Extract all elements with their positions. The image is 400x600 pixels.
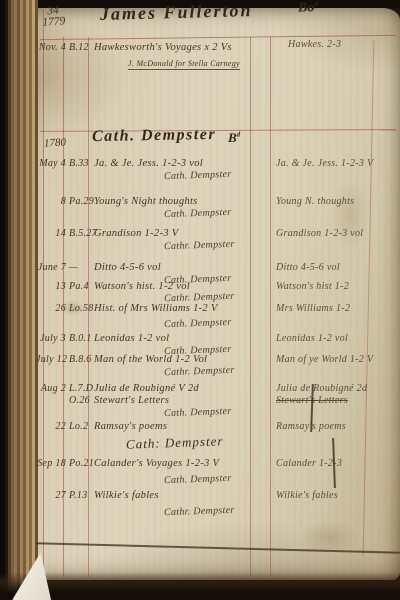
borrowed-abbr-text: B	[228, 130, 237, 145]
entry-returned-title: Young N. thoughts	[276, 196, 354, 207]
entry-returned-title: Watson's hist 1-2	[276, 281, 349, 292]
borrower-heading-fullerton: James Fullerton	[100, 0, 253, 25]
entry-shelfmark: Pa.29	[69, 196, 94, 207]
book-binding-edge	[0, 0, 38, 600]
entry-title: Stewart's Letters	[94, 395, 169, 406]
entry-shelfmark: B.33	[69, 158, 89, 169]
entry-shelfmark: Pa.4	[69, 281, 89, 292]
entry-returned-title: Ditto 4-5-6 vol	[276, 262, 340, 273]
entry-date: 26	[36, 303, 66, 314]
ruled-line-vertical	[250, 37, 251, 577]
entry-shelfmark: B.12	[69, 42, 89, 53]
entry-shelfmark: B.8.6	[69, 354, 92, 365]
entry-date: Aug 2	[36, 383, 66, 394]
entry-returned-title: Mrs Williams 1-2	[276, 303, 350, 314]
entry-date: July 3	[36, 333, 66, 344]
entry-signature: Cath. Dempster	[164, 207, 232, 220]
section-year: 1780	[44, 136, 67, 149]
ledger-page-year: 1779	[42, 16, 66, 29]
entry-title: Julia de Roubigné V 2d	[94, 383, 199, 394]
borrowed-abbreviation: Bod	[298, 0, 318, 17]
entry-title: Ditto 4-5-6 vol	[94, 262, 161, 273]
entry-date: July 12	[36, 354, 66, 365]
entry-title: Calander's Voyages 1-2-3 V	[94, 458, 219, 469]
entry-shelfmark: L.7.D	[69, 383, 93, 394]
entry-signature: Cath. Dempster	[164, 406, 232, 419]
entry-shelfmark: P.13	[69, 490, 88, 501]
borrower-heading-dempster: Cath. Dempster	[92, 126, 216, 146]
entry-returned-title: Man of ye World 1-2 V	[276, 354, 373, 365]
entry-signature: Cath. Dempster	[164, 473, 232, 486]
entry-title: Watson's hist. 1-2 vol	[94, 281, 190, 292]
entry-shelfmark: —	[69, 262, 78, 273]
page-number: 34 1779	[41, 5, 65, 29]
entry-shelfmark: O.26	[69, 395, 90, 406]
entry-title: Ja. & Je. Jess. 1-2-3 vol	[94, 158, 203, 169]
entry-date: 22	[36, 421, 66, 432]
entry-title: Ramsay's poems	[94, 421, 167, 432]
entry-returned-title: Leonidas 1-2 vol	[276, 333, 348, 344]
entry-date: 8	[36, 196, 66, 207]
entry-title: Hawkesworth's Voyages x 2 Vs	[94, 42, 232, 53]
entry-date: 13	[36, 281, 66, 292]
entry-returned-title: Ja. & Je. Jess. 1-2-3 V	[276, 158, 373, 169]
book-bottom-edge	[0, 572, 400, 600]
entry-date: Nov. 4	[36, 42, 66, 53]
entry-date: May 4	[36, 158, 66, 169]
borrowed-abbr-text: Bo	[298, 1, 314, 16]
entry-date: June 7	[36, 262, 66, 273]
entry-signature: Cath. Dempster	[164, 169, 232, 182]
entry-title: Man of the World 1-2 Vol	[94, 354, 207, 365]
entry-proxy-note: J. McDonald for Stella Carnegy	[128, 59, 240, 70]
entry-title: Leonidas 1-2 vol	[94, 333, 169, 344]
entry-signature: Cath. Dempster	[164, 317, 232, 330]
entry-returned-title: Grandison 1-2-3 vol	[276, 228, 363, 239]
borrowed-abbreviation: Bd	[228, 130, 240, 146]
entry-shelfmark: B.0.1	[69, 333, 92, 344]
entry-title: Wilkie's fables	[94, 490, 159, 501]
entry-returned-title: Wilkie's fables	[276, 490, 338, 501]
entry-shelfmark: Po.21	[69, 458, 94, 469]
borrowed-abbr-superscript: d	[314, 0, 318, 8]
entry-date: Sep 18	[36, 458, 66, 469]
entry-date: 27	[36, 490, 66, 501]
entry-returned-title: Julia de Roubigné 2d	[276, 383, 367, 394]
entry-shelfmark: Lo.2	[69, 421, 88, 432]
entry-title: Young's Night thoughts	[94, 196, 198, 207]
entry-title: Grandison 1-2-3 V	[94, 228, 178, 239]
entry-shelfmark: Lo.58	[69, 303, 94, 314]
entry-title: Hist. of Mrs Williams 1-2 V	[94, 303, 218, 314]
entry-shelfmark: B.5.27	[69, 228, 97, 239]
entry-returned-title: Hawkes. 2-3	[288, 39, 341, 50]
ruled-line-vertical	[270, 37, 271, 577]
ledger-photo: { "page_number": "34", "page_year": "177…	[0, 0, 400, 600]
entry-date: 14	[36, 228, 66, 239]
entry-signature: Cath: Dempster	[126, 433, 224, 452]
borrowed-abbr-superscript: d	[237, 131, 241, 139]
